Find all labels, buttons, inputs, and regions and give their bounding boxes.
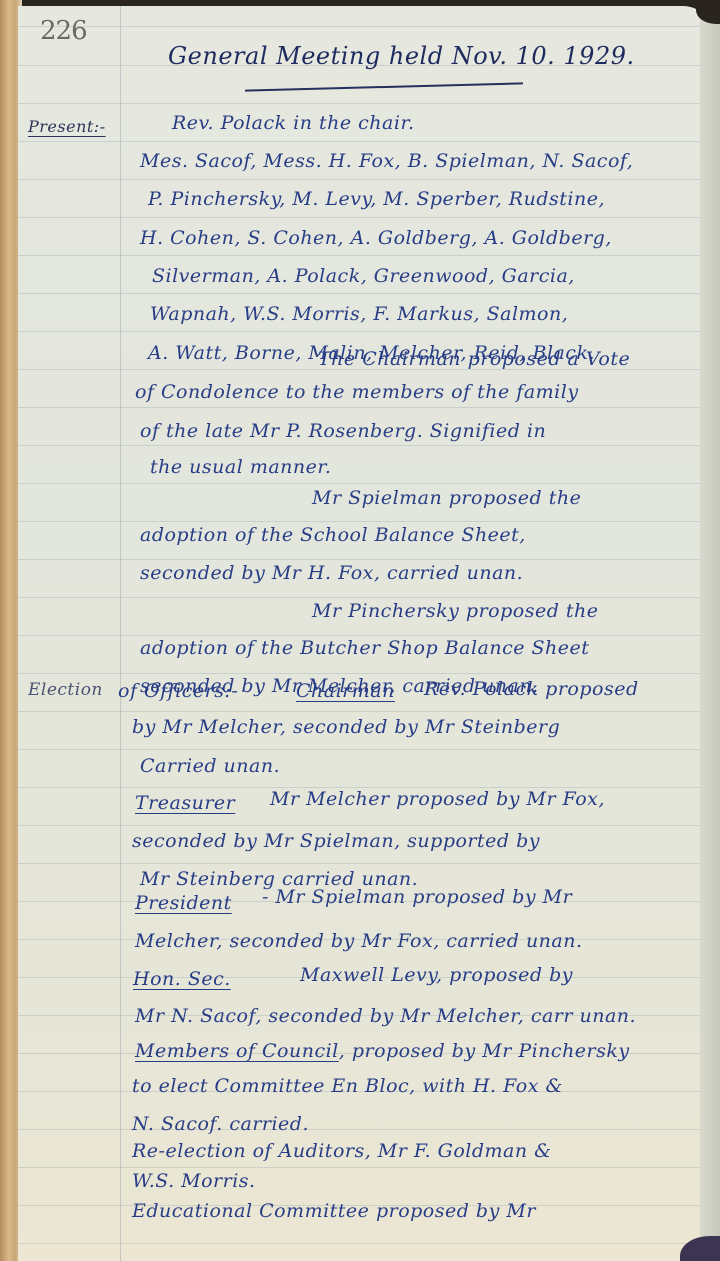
president-text: - Mr Spielman proposed by Mr [262, 886, 572, 908]
chairman-line2: by Mr Melcher, seconded by Mr Steinberg [132, 716, 560, 738]
minutes-line: adoption of the Butcher Shop Balance She… [140, 637, 589, 659]
margin-note-present: Present:- [28, 117, 106, 136]
margin-note-election: Election [28, 680, 103, 700]
minutes-line: Wapnah, W.S. Morris, F. Markus, Salmon, [150, 303, 568, 325]
treasurer-text: Mr Melcher proposed by Mr Fox, [270, 788, 605, 810]
chairman-label: Chairman [296, 680, 395, 702]
hon-sec-label: Hon. Sec. [133, 968, 231, 990]
treasurer-label: Treasurer [135, 792, 235, 814]
page-title: General Meeting held Nov. 10. 1929. [168, 42, 635, 70]
elections-header: of Officers:- [118, 680, 238, 702]
minutes-line: to elect Committee En Bloc, with H. Fox … [132, 1075, 563, 1097]
minutes-line: W.S. Morris. [132, 1170, 256, 1192]
minutes-line: Mes. Sacof, Mess. H. Fox, B. Spielman, N… [140, 150, 633, 172]
minutes-line: Mr N. Sacof, seconded by Mr Melcher, car… [135, 1005, 636, 1027]
minutes-line: The Chairman proposed a Vote [318, 348, 630, 370]
minutes-line: Mr Spielman proposed the [312, 487, 581, 509]
chairman-text: Rev. Polack proposed [424, 678, 639, 700]
margin-rule [120, 6, 121, 1261]
council-label: Members of Council [135, 1040, 339, 1062]
minutes-line: Melcher, seconded by Mr Fox, carried una… [135, 930, 583, 952]
page-number: 226 [40, 16, 87, 46]
hon-sec-text: Maxwell Levy, proposed by [300, 964, 573, 986]
minutes-line: seconded by Mr Spielman, supported by [132, 830, 540, 852]
minutes-line: the usual manner. [150, 456, 331, 478]
minutes-line: Rev. Polack in the chair. [172, 112, 415, 134]
minutes-line: Mr Pinchersky proposed the [312, 600, 599, 622]
minutes-line: adoption of the School Balance Sheet, [140, 524, 526, 546]
council-text: , proposed by Mr Pinchersky [339, 1040, 630, 1062]
minutes-line: seconded by Mr H. Fox, carried unan. [140, 562, 523, 584]
minutes-line: Carried unan. [140, 755, 280, 777]
president-label: President [135, 892, 232, 914]
minutes-line: N. Sacof. carried. [132, 1113, 309, 1135]
minutes-line: of Condolence to the members of the fami… [135, 381, 579, 403]
page-right-edge [700, 0, 720, 1261]
education-line: Educational Committee proposed by Mr [132, 1200, 536, 1222]
council-line: Members of Council, proposed by Mr Pinch… [135, 1040, 630, 1062]
minutes-line: H. Cohen, S. Cohen, A. Goldberg, A. Gold… [140, 227, 612, 249]
minutes-line: P. Pinchersky, M. Levy, M. Sperber, Ruds… [148, 188, 605, 210]
auditors-line: Re-election of Auditors, Mr F. Goldman & [132, 1140, 552, 1162]
minutes-line: of the late Mr P. Rosenberg. Signified i… [140, 420, 546, 442]
minutes-line: Silverman, A. Polack, Greenwood, Garcia, [152, 265, 575, 287]
